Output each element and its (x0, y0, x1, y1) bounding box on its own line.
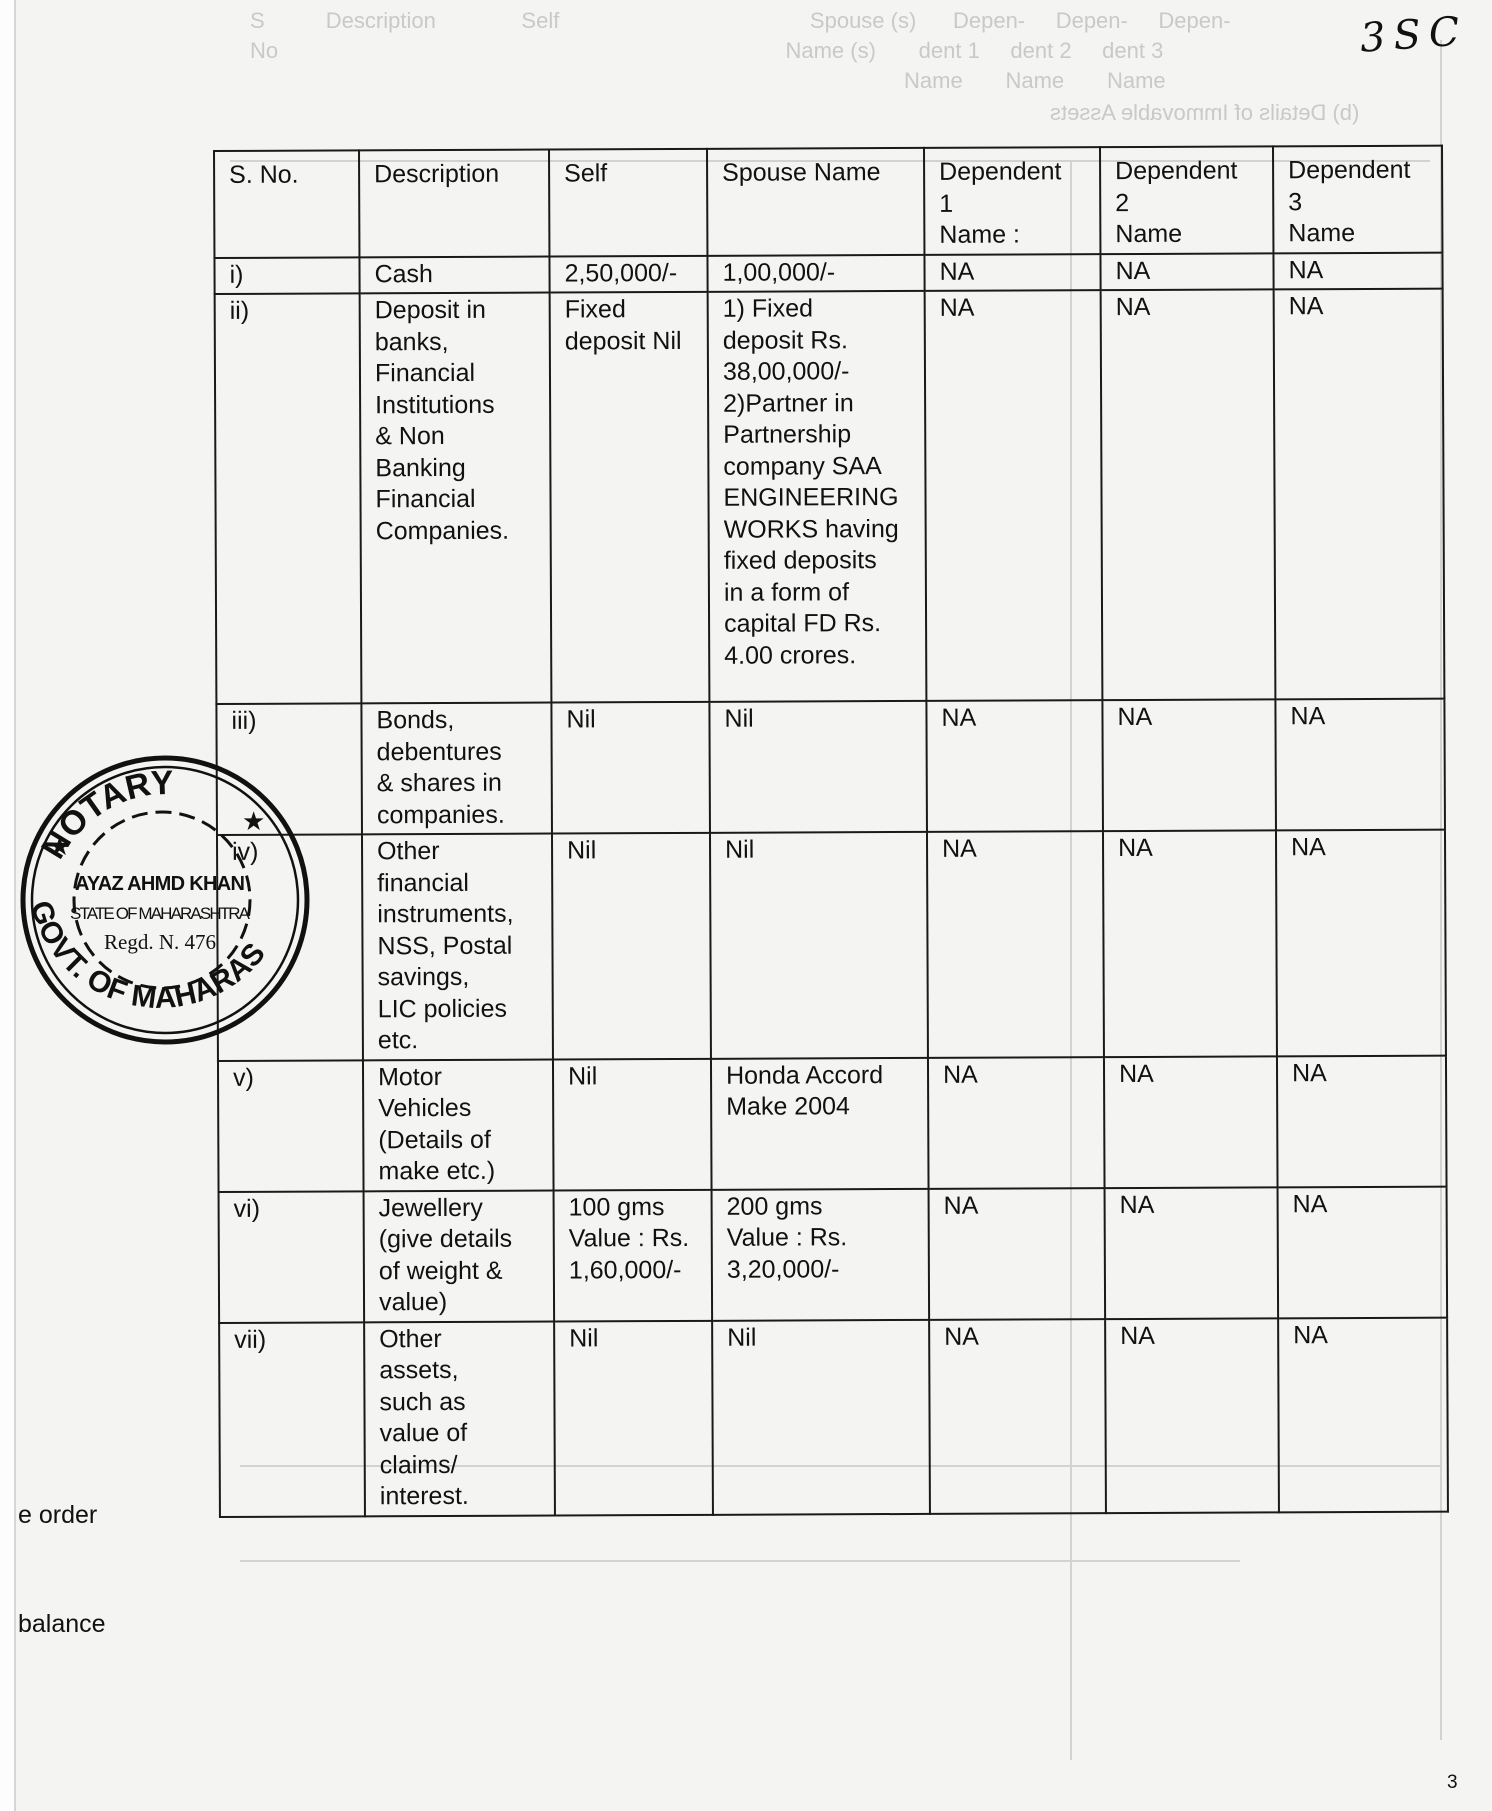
cell-dependent-2: NA (1105, 1187, 1279, 1319)
cell-spouse: Nil (710, 832, 928, 1058)
cell-self: Fixed deposit Nil (550, 292, 710, 703)
stamp-state: STATE OF MAHARASHTRA (70, 904, 251, 923)
cell-description: Cash (359, 256, 549, 293)
cell-dependent-2: NA (1100, 253, 1273, 290)
table-row: iv) Other financial instruments, NSS, Po… (217, 830, 1446, 1061)
cell-self: Nil (554, 1320, 713, 1515)
margin-fragment-order: e order (18, 1501, 97, 1530)
cell-dependent-3: NA (1276, 830, 1446, 1056)
stamp-notary-name: AYAZ AHMD KHAN (75, 873, 245, 895)
show-through-header: S Description Self Spouse (s) Depen- Dep… (250, 6, 1231, 96)
cell-description: Other assets, such as value of claims/ i… (364, 1321, 555, 1516)
cell-spouse: 1) Fixed deposit Rs. 38,00,000/- 2)Partn… (708, 291, 927, 702)
table-row: iii) Bonds, debentures & shares in compa… (216, 699, 1445, 835)
cell-dependent-2: NA (1103, 830, 1277, 1056)
cell-dependent-1: NA (927, 831, 1104, 1057)
cell-spouse: Honda Accord Make 2004 (711, 1057, 929, 1189)
cell-dependent-2: NA (1102, 699, 1276, 831)
cell-dependent-3: NA (1278, 1186, 1448, 1318)
show-through-rule (240, 1560, 1240, 1562)
cell-dependent-2: NA (1101, 289, 1276, 700)
star-icon: ★ (48, 831, 71, 861)
header-sno: S. No. (214, 150, 359, 257)
cell-sno: vii) (219, 1322, 365, 1517)
cell-description: Motor Vehicles (Details of make etc.) (363, 1059, 554, 1191)
margin-fragment-balance: balance (18, 1610, 106, 1639)
cell-dependent-3: NA (1275, 699, 1445, 831)
table-header-row: S. No. Description Self Spouse Name Depe… (214, 146, 1442, 258)
header-dependent-1: Dependent 1 Name : (924, 147, 1100, 254)
header-self: Self (549, 149, 707, 256)
cell-dependent-1: NA (924, 254, 1100, 291)
cell-description: Bonds, debentures & shares in companies. (361, 703, 552, 835)
cell-sno: ii) (215, 293, 362, 704)
cell-dependent-2: NA (1105, 1318, 1279, 1513)
cell-dependent-3: NA (1273, 252, 1442, 289)
page-number: 3 (1447, 1772, 1458, 1794)
cell-spouse: Nil (712, 1319, 930, 1514)
cell-description: Deposit in banks, Financial Institutions… (360, 293, 552, 704)
cell-self: Nil (551, 702, 710, 834)
cell-spouse: 200 gms Value : Rs. 3,20,000/- (712, 1188, 930, 1320)
cell-dependent-3: NA (1277, 1055, 1447, 1187)
table-row: ii) Deposit in banks, Financial Institut… (215, 289, 1445, 704)
cell-dependent-1: NA (929, 1319, 1106, 1514)
cell-spouse: Nil (709, 701, 927, 833)
header-description: Description (359, 150, 549, 257)
cell-dependent-1: NA (926, 700, 1103, 832)
cell-dependent-3: NA (1274, 289, 1445, 700)
stamp-registration: Regd. N. 476 (104, 930, 216, 954)
header-dependent-2: Dependent 2 Name (1100, 146, 1273, 253)
cell-spouse: 1,00,000/- (707, 254, 924, 291)
cell-sno: i) (214, 257, 359, 294)
movable-assets-table: S. No. Description Self Spouse Name Depe… (213, 145, 1449, 1518)
header-dependent-3: Dependent 3 Name (1273, 146, 1442, 253)
cell-description: Jewellery (give details of weight & valu… (364, 1190, 555, 1322)
star-icon: ★ (242, 806, 265, 836)
cell-sno: vi) (219, 1191, 365, 1323)
notary-seal-stamp: NOTARY GOVT. OF MAHARASHTRA ★ ★ AYAZ AHM… (10, 735, 310, 1055)
cell-dependent-1: NA (925, 290, 1103, 701)
cell-sno: v) (218, 1060, 364, 1192)
cell-self: Nil (552, 833, 711, 1059)
cell-dependent-2: NA (1104, 1056, 1278, 1188)
table-row: v) Motor Vehicles (Details of make etc.)… (218, 1055, 1447, 1191)
header-spouse: Spouse Name (707, 148, 924, 255)
table-row: vi) Jewellery (give details of weight & … (219, 1186, 1448, 1322)
cell-dependent-3: NA (1278, 1317, 1448, 1512)
cell-dependent-1: NA (928, 1057, 1105, 1189)
table-row: vii) Other assets, such as value of clai… (219, 1317, 1448, 1516)
show-through-heading: (b) Details of Immovable Assets (1050, 98, 1359, 128)
table-row: i) Cash 2,50,000/- 1,00,000/- NA NA NA (214, 252, 1442, 294)
cell-self: 2,50,000/- (549, 255, 707, 292)
cell-self: Nil (553, 1058, 712, 1190)
cell-description: Other financial instruments, NSS, Postal… (362, 834, 553, 1060)
cell-dependent-1: NA (929, 1188, 1106, 1320)
handwritten-page-note: 3SC (1359, 8, 1469, 61)
cell-self: 100 gms Value : Rs. 1,60,000/- (554, 1189, 713, 1321)
